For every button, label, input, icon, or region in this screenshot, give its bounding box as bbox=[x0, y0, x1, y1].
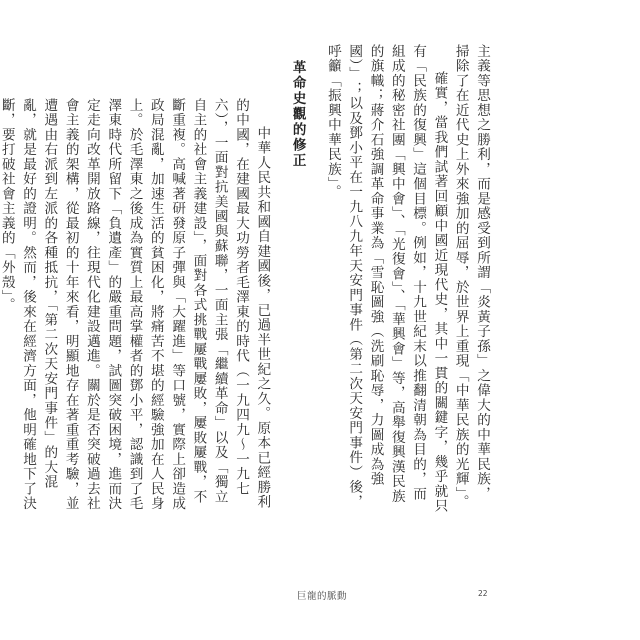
footer-book-title: 巨龍的脈動 bbox=[297, 588, 347, 602]
book-page: 主義等思想之勝利，而是感受到所謂「炎黃子孫」之偉大的中華民族，掃除了在近代史上外… bbox=[0, 0, 640, 640]
page-number: 22 bbox=[478, 589, 488, 598]
paragraph-national-revival: 確實，當我們試著回顧中國近現代史，其中一貫的關鍵字，幾乎就只有「民族的復興」這個… bbox=[322, 44, 450, 514]
paragraph-continuation: 主義等思想之勝利，而是感受到所謂「炎黃子孫」之偉大的中華民族，掃除了在近代史上外… bbox=[449, 44, 492, 514]
vertical-text-body: 主義等思想之勝利，而是感受到所謂「炎黃子孫」之偉大的中華民族，掃除了在近代史上外… bbox=[0, 44, 492, 514]
section-heading: 革命史觀的修正 bbox=[286, 44, 307, 514]
paragraph-revolution-history: 中華人民共和國自建國後，已過半世紀之久。原本已經勝利的中國，在建國最大功勞者毛澤… bbox=[0, 44, 272, 514]
